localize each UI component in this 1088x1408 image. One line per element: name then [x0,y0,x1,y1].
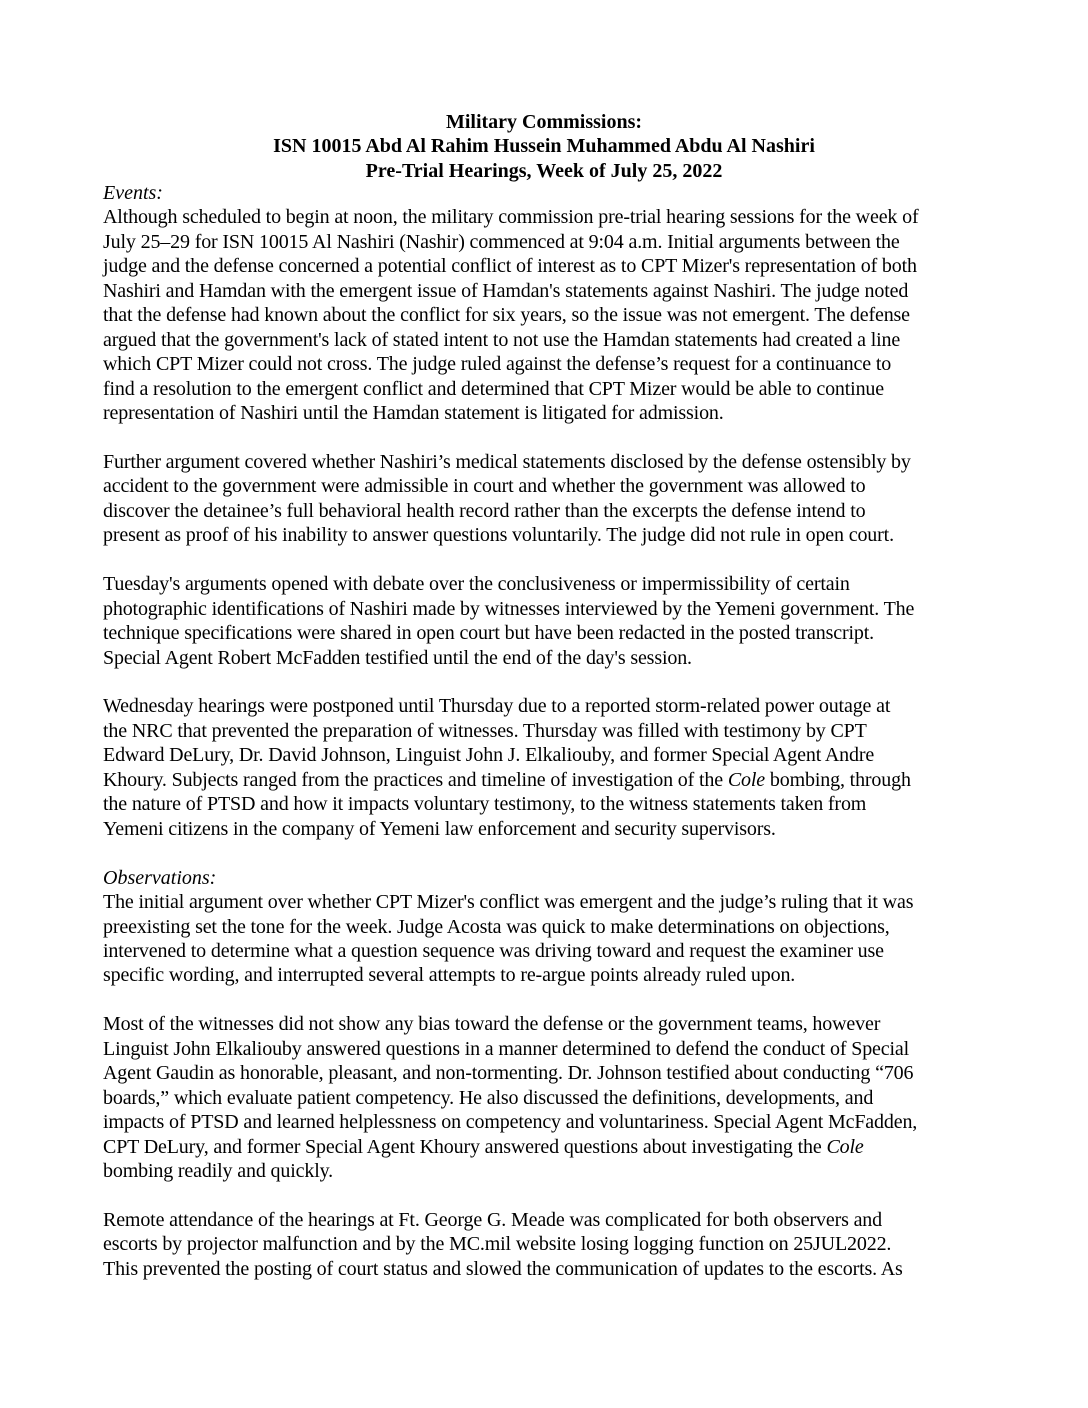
text-line: bombing readily and quickly. [103,1159,993,1183]
text-line: which CPT Mizer could not cross. The jud… [103,352,993,376]
text-segment: Khoury. Subjects ranged from the practic… [103,769,728,791]
text-line: accident to the government were admissib… [103,474,993,498]
title-line-3: Pre-Trial Hearings, Week of July 25, 202… [0,159,1088,183]
paragraph: Wednesday hearings were postponed until … [103,694,993,841]
text-line: impacts of PTSD and learned helplessness… [103,1110,993,1134]
paragraph-gap [103,670,993,694]
text-line: technique specifications were shared in … [103,621,993,645]
section-heading: Observations: [103,866,993,890]
text-line: find a resolution to the emergent confli… [103,377,993,401]
section-gap [103,841,993,865]
paragraph-gap [103,548,993,572]
paragraph: Further argument covered whether Nashiri… [103,450,993,548]
text-line: Remote attendance of the hearings at Ft.… [103,1208,993,1232]
italic-ship-name: Cole [826,1136,863,1158]
text-line: Special Agent Robert McFadden testified … [103,646,993,670]
text-segment: CPT DeLury, and former Special Agent Kho… [103,1136,826,1158]
text-line: Tuesday's arguments opened with debate o… [103,572,993,596]
paragraph: Although scheduled to begin at noon, the… [103,205,993,425]
paragraph-gap [103,1184,993,1208]
title-line-1: Military Commissions: [0,110,1088,134]
text-line: boards,” which evaluate patient competen… [103,1086,993,1110]
text-line: specific wording, and interrupted severa… [103,963,993,987]
text-line: The initial argument over whether CPT Mi… [103,890,993,914]
text-line: Further argument covered whether Nashiri… [103,450,993,474]
paragraph: Remote attendance of the hearings at Ft.… [103,1208,993,1281]
text-segment: bombing, through [765,769,911,791]
paragraph-gap [103,988,993,1012]
text-line: Nashiri and Hamdan with the emergent iss… [103,279,993,303]
text-line: preexisting set the tone for the week. J… [103,915,993,939]
text-line: Wednesday hearings were postponed until … [103,694,993,718]
text-line: argued that the government's lack of sta… [103,328,993,352]
text-line: Most of the witnesses did not show any b… [103,1012,993,1036]
text-line: discover the detainee’s full behavioral … [103,499,993,523]
section-heading: Events: [103,181,993,205]
text-line: present as proof of his inability to ans… [103,523,993,547]
text-line: July 25–29 for ISN 10015 Al Nashiri (Nas… [103,230,993,254]
text-line: Edward DeLury, Dr. David Johnson, Lingui… [103,743,993,767]
document-body: Events:Although scheduled to begin at no… [103,181,993,1281]
document-page: Military Commissions: ISN 10015 Abd Al R… [0,0,1088,1408]
text-line: Yemeni citizens in the company of Yemeni… [103,817,993,841]
text-line: Agent Gaudin as honorable, pleasant, and… [103,1061,993,1085]
text-line: representation of Nashiri until the Hamd… [103,401,993,425]
text-line: intervened to determine what a question … [103,939,993,963]
text-line: that the defense had known about the con… [103,303,993,327]
paragraph: Most of the witnesses did not show any b… [103,1012,993,1183]
document-title: Military Commissions: ISN 10015 Abd Al R… [0,110,1088,183]
text-line: judge and the defense concerned a potent… [103,254,993,278]
text-line: This prevented the posting of court stat… [103,1257,993,1281]
title-line-2: ISN 10015 Abd Al Rahim Hussein Muhammed … [0,134,1088,158]
paragraph: The initial argument over whether CPT Mi… [103,890,993,988]
paragraph-gap [103,426,993,450]
italic-ship-name: Cole [728,769,765,791]
text-line: Although scheduled to begin at noon, the… [103,205,993,229]
text-line: photographic identifications of Nashiri … [103,597,993,621]
paragraph: Tuesday's arguments opened with debate o… [103,572,993,670]
text-line: the NRC that prevented the preparation o… [103,719,993,743]
text-line: the nature of PTSD and how it impacts vo… [103,792,993,816]
text-line: CPT DeLury, and former Special Agent Kho… [103,1135,993,1159]
text-line: Linguist John Elkaliouby answered questi… [103,1037,993,1061]
text-line: escorts by projector malfunction and by … [103,1232,993,1256]
text-line: Khoury. Subjects ranged from the practic… [103,768,993,792]
